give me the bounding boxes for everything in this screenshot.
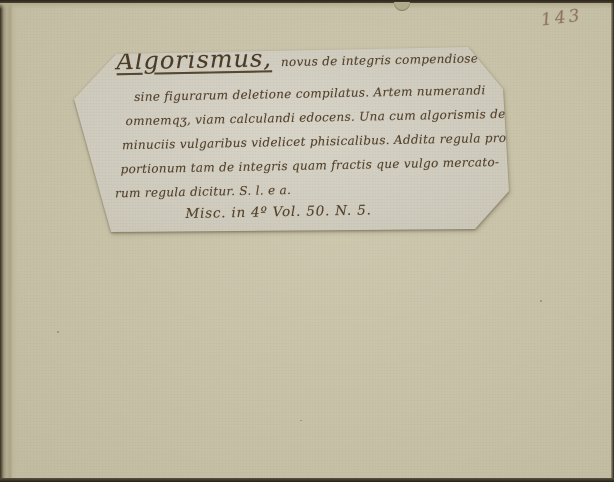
handwritten-title-entry: Algorismus, novus de integris compendios…: [64, 40, 514, 241]
title-line-rest: novus de integris compendiose studioseqʒ: [281, 49, 551, 70]
text-line: portionum tam de integris quam fractis q…: [120, 154, 499, 177]
scanned-manuscript-page: 143 Algorismus, novus de integris compen…: [0, 0, 614, 482]
page-edge-notch: [394, 2, 410, 11]
paper-speck: [540, 300, 542, 302]
scan-edge-bottom: [0, 478, 614, 482]
text-line: rum regula dicitur. S. l. e a.: [115, 182, 291, 201]
shelfmark: Misc. in 4º Vol. 50. N. 5.: [185, 202, 372, 222]
title-word: Algorismus,: [116, 50, 272, 69]
text-line: sine figurarum deletione compilatus. Art…: [134, 82, 486, 105]
catalogue-slip: Algorismus, novus de integris compendios…: [66, 44, 512, 236]
paper-speck: [300, 420, 302, 421]
catalogue-slip-wrapper: Algorismus, novus de integris compendios…: [66, 44, 512, 236]
folio-number: 143: [540, 6, 584, 31]
paper-speck: [57, 331, 59, 333]
text-line: minuciis vulgaribus videlicet phisicalib…: [122, 130, 511, 153]
title-line: Algorismus, novus de integris compendios…: [116, 45, 550, 73]
text-line: omnemqʒ, viam calculandi edocens. Una cu…: [125, 106, 505, 129]
page-top-edge-band: [0, 3, 614, 9]
binding-gutter-edge: [0, 0, 18, 482]
